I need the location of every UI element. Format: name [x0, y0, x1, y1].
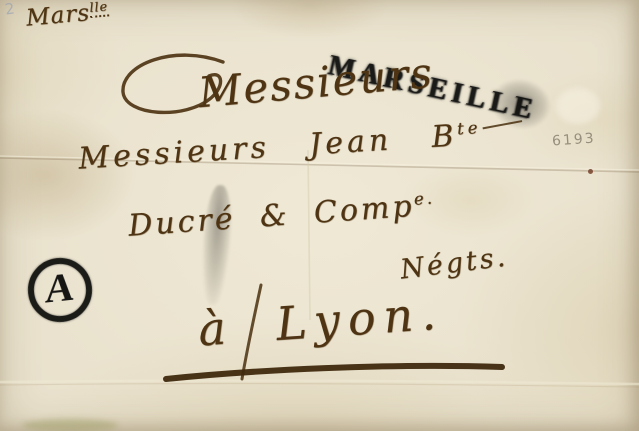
docket-main: Mars: [25, 0, 91, 31]
recipient-superscript: te: [456, 116, 523, 139]
address-firm: Ducré & Compe.: [127, 187, 436, 243]
docket-marseille: Marslle: [25, 0, 110, 32]
circled-a-postmark: A: [25, 255, 95, 325]
circled-a-letter: A: [44, 266, 73, 309]
underline-flourish: [162, 358, 507, 382]
docket-superscript: lle: [89, 0, 109, 18]
embossed-papermark: [556, 88, 600, 124]
address-city: à Lyon.: [196, 285, 445, 356]
address-role: Négts.: [399, 242, 510, 286]
letter-cover-scan: 2 Marslle MARSEILLE Messieurs Messieurs …: [0, 0, 639, 431]
firm-superscript: e.: [413, 189, 435, 209]
pencil-corner-mark: 2: [4, 0, 16, 19]
paper-stain-bottom-left: [22, 419, 118, 431]
recipient-main: Messieurs Jean B: [77, 118, 458, 176]
ink-dot: [588, 169, 593, 174]
address-salutation: Messieurs: [196, 48, 435, 117]
firm-main: Ducré & Comp: [127, 189, 415, 244]
pencil-number: 6193: [551, 130, 596, 149]
